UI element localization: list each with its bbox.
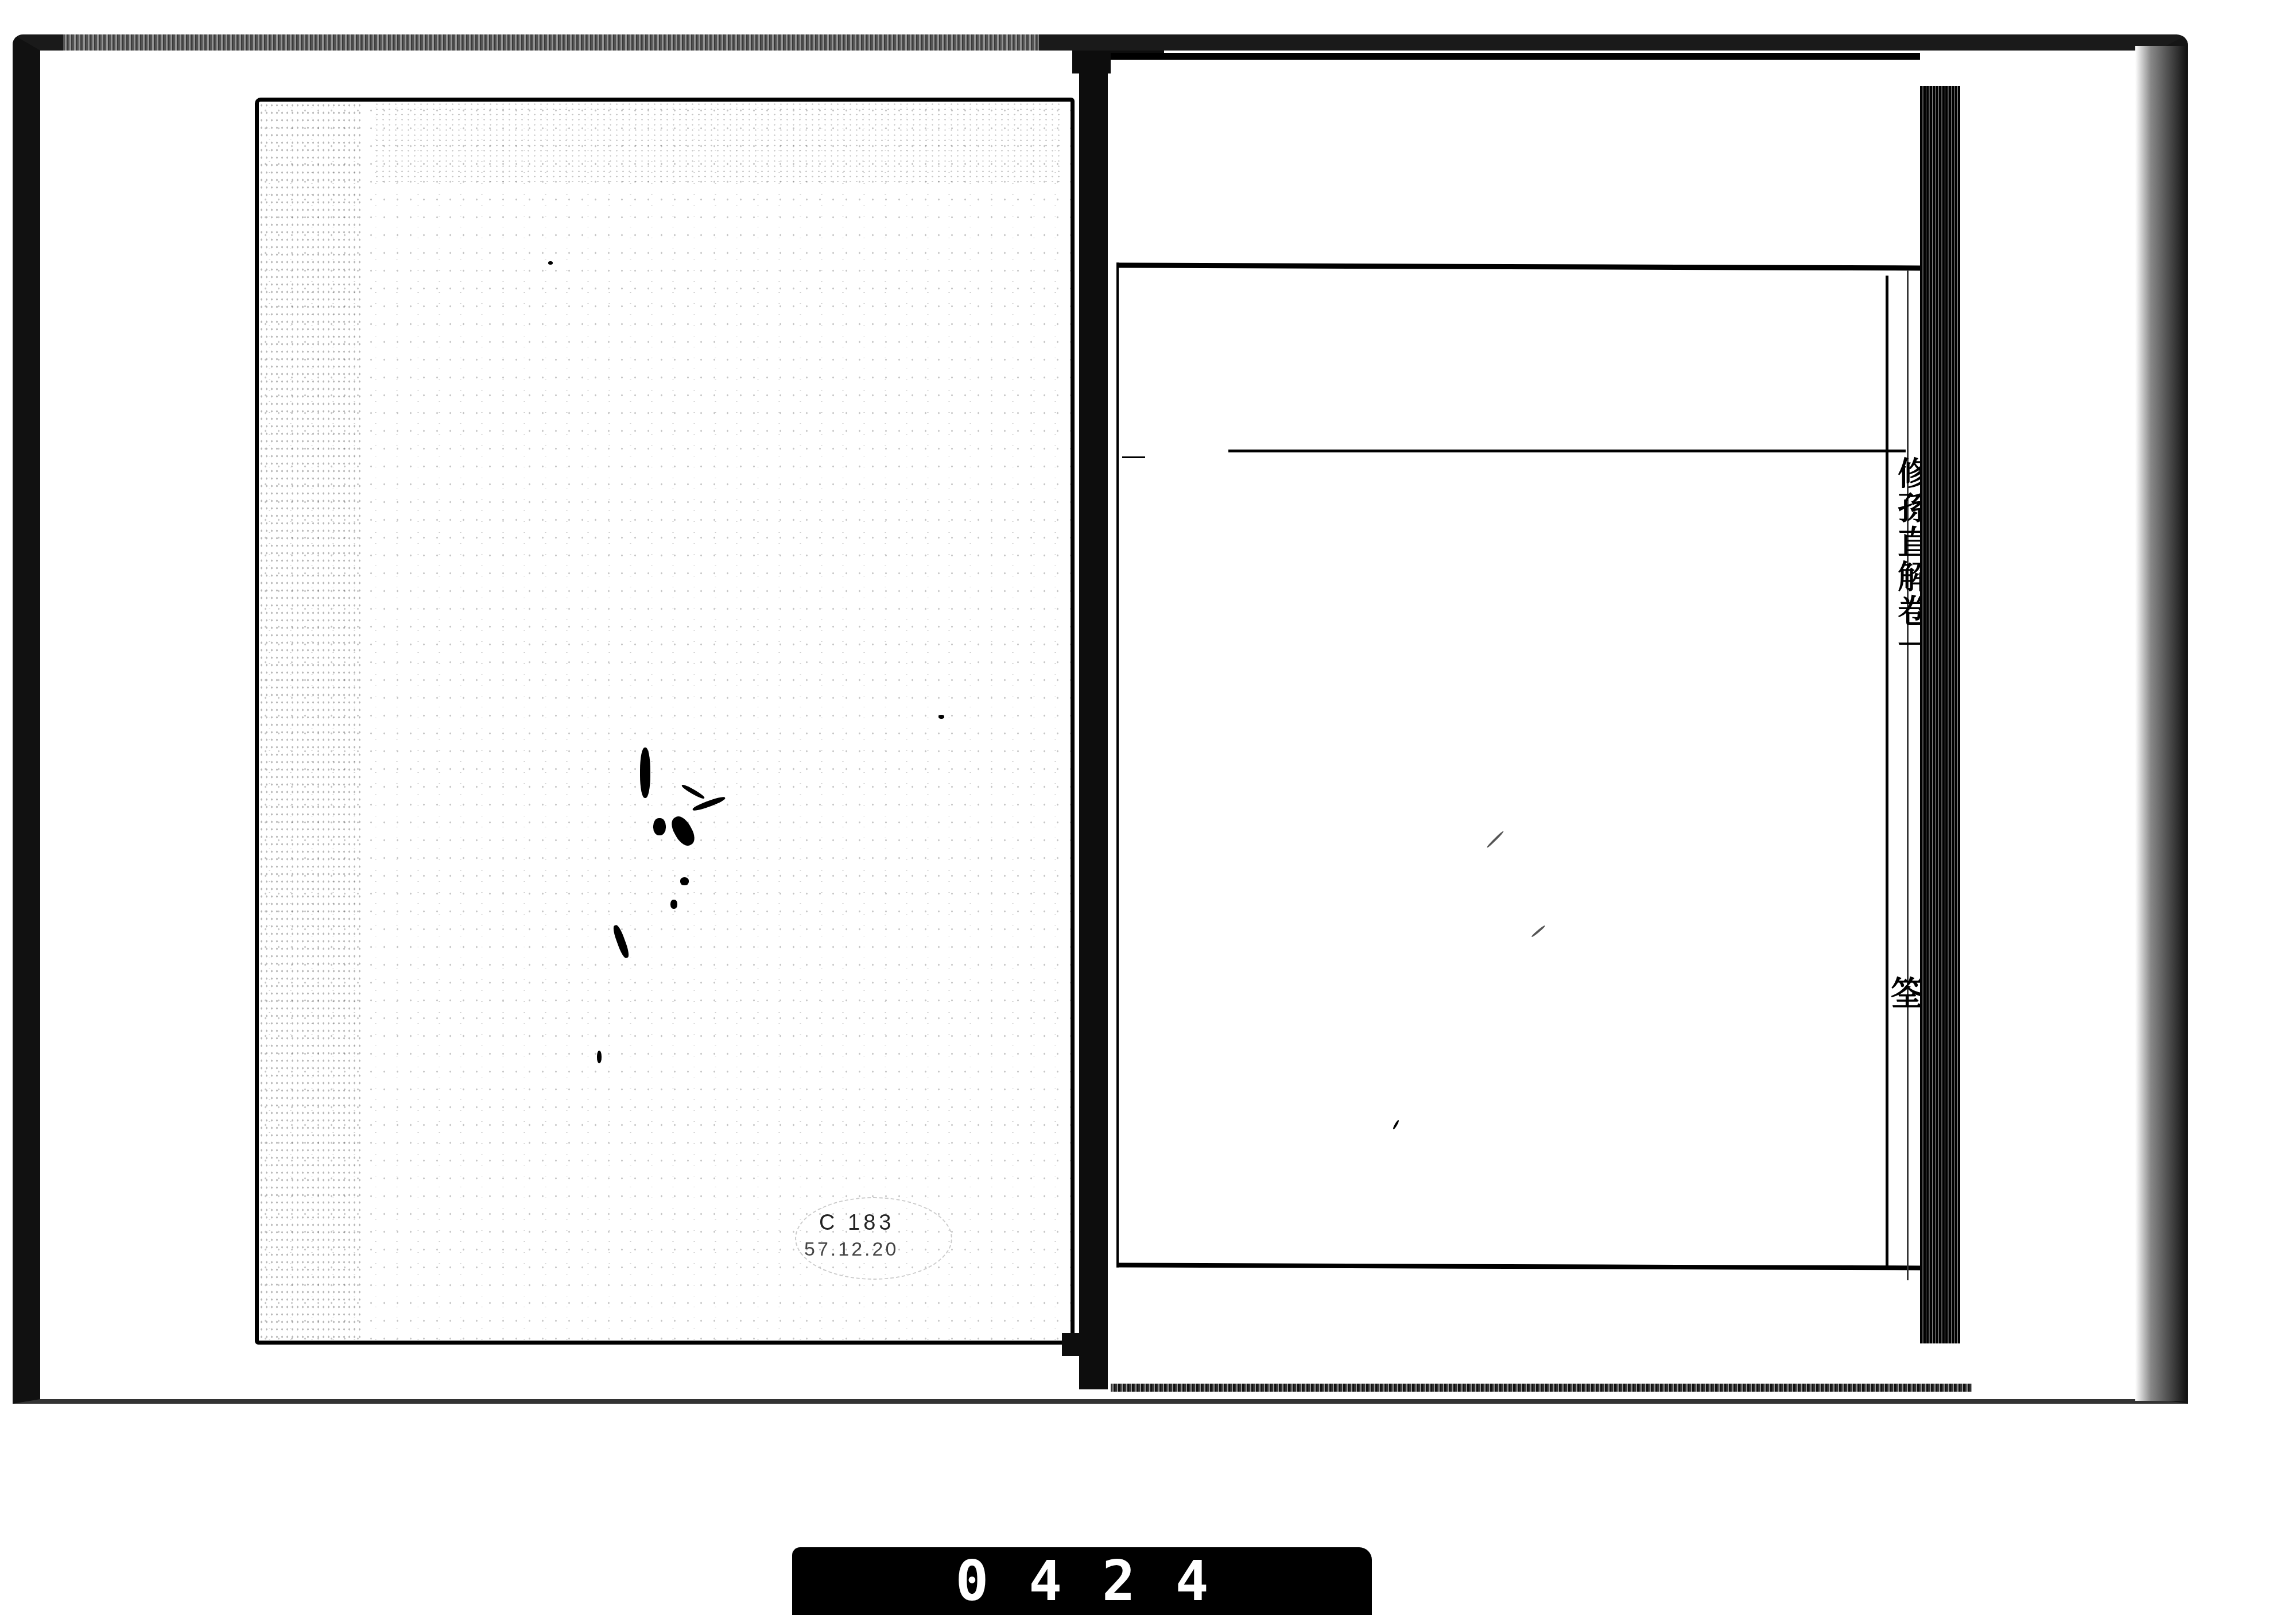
paper-speckle-top — [374, 102, 1062, 182]
ink-blot — [938, 715, 944, 719]
cover-edge-texture — [63, 34, 1039, 51]
cover-right-shadow — [2135, 46, 2187, 1401]
page-stack-fore-edge — [1920, 86, 1960, 1343]
stamp-catalog-number: C 183 — [819, 1211, 894, 1236]
header-rule-stub — [1122, 456, 1145, 458]
ink-blot — [640, 748, 650, 798]
header-rule — [1228, 450, 1906, 452]
left-page — [255, 98, 1075, 1345]
archive-label: 0424 — [792, 1547, 1372, 1615]
ink-blot — [653, 818, 666, 835]
ink-blot — [597, 1051, 602, 1063]
spine-hinge-bottom — [1062, 1333, 1102, 1356]
ink-blot — [680, 877, 689, 885]
printed-frame — [1116, 263, 1920, 1271]
ink-blot — [670, 900, 677, 909]
book-spine — [1079, 52, 1108, 1389]
paper-speckle — [259, 102, 1071, 1341]
paper-speckle-edge — [259, 102, 362, 1341]
right-page-top-edge — [1111, 53, 1920, 60]
library-stamp: C 183 57.12.20 — [795, 1197, 952, 1280]
outer-rule — [1907, 270, 1909, 1280]
ink-blot — [548, 261, 553, 265]
page-stack-bottom-edge — [1111, 1384, 1972, 1392]
stamp-date: 57.12.20 — [804, 1238, 898, 1261]
banxin-rule — [1886, 276, 1888, 1269]
archive-number: 0424 — [915, 1549, 1248, 1613]
